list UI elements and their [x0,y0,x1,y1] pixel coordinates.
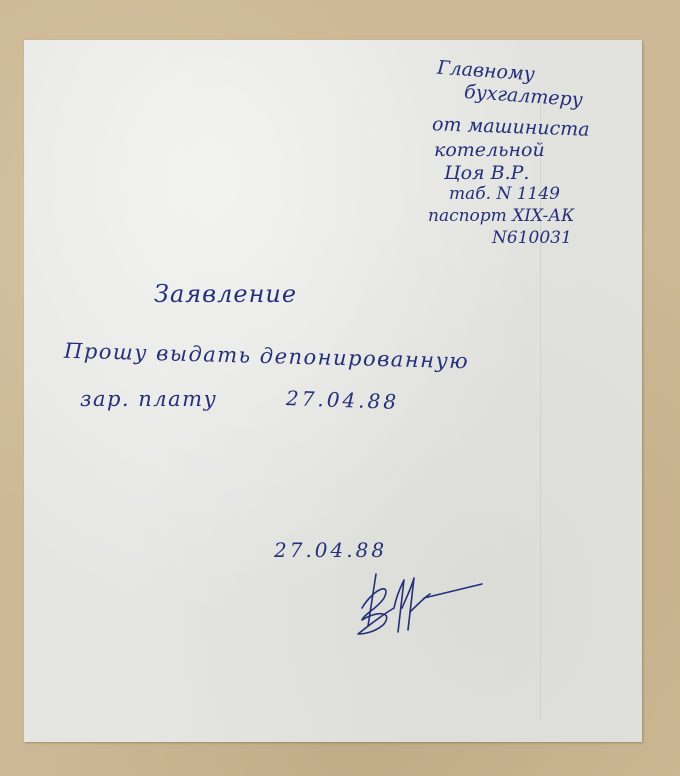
addressee-line: бухгалтеру [463,83,583,110]
body-line: зар. плату [80,389,217,410]
addressee-line: Цоя В.Р. [444,164,529,183]
body-inline-date: 27.04.88 [286,388,400,412]
signature-icon [354,568,494,640]
addressee-line: паспорт XIX-АК [428,208,574,225]
document-title: Заявление [154,282,297,306]
body-line: Прошу выдать депонированную [64,341,470,373]
addressee-line: N610031 [492,230,572,247]
document-sheet: Главному бухгалтеру от машиниста котельн… [24,40,642,742]
addressee-line: таб. N 1149 [449,186,560,203]
addressee-line: от машиниста [432,115,590,139]
addressee-line: Главному [436,59,535,85]
addressee-line: котельной [434,141,545,160]
footer-date: 27.04.88 [274,540,387,560]
